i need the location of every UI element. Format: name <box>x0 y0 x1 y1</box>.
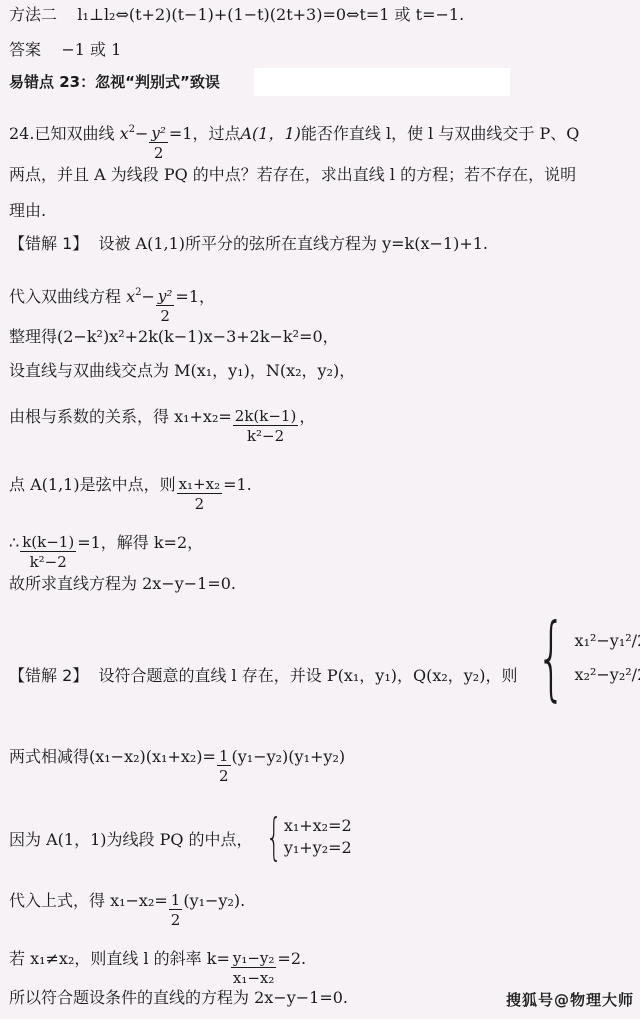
wrong1-line-8: 故所求直线方程为 2x−y−1=0. <box>9 574 236 594</box>
system-row: x₂²−y₂²/2=1 <box>575 664 640 686</box>
point-a: A(1，1) <box>240 124 300 143</box>
fraction-y2-over-2: y²2 <box>149 124 168 163</box>
wrong1-line-1: 【错解 1】 设被 A(1,1)所平分的弦所在直线方程为 y=k(x−1)+1. <box>9 234 488 254</box>
therefore-symbol: ∴ <box>9 533 19 552</box>
wrong1-line-2: 代入双曲线方程 x2−y²2=1， <box>9 278 215 317</box>
method2-line: 方法二 l₁⊥l₂⇔(t+2)(t−1)+(1−t)(2t+3)=0⇔t=1 或… <box>9 5 464 25</box>
fraction: 12 <box>217 747 231 786</box>
fraction: y₁−y₂x₁−x₂ <box>231 949 277 988</box>
answer-label: 答案 <box>9 40 41 59</box>
answer-line: 答案 −1 或 1 <box>9 40 121 60</box>
wrong2-line-4: 代入上式，得 x₁−x₂=12(y₁−y₂). <box>9 882 245 921</box>
system-row: x₁+x₂=2 <box>284 815 352 837</box>
wrong1-label: 【错解 1】 <box>9 234 88 253</box>
wrong1-text: =1. <box>223 475 252 494</box>
wrong1-text: =1，解得 k=2， <box>77 533 203 552</box>
redaction-block <box>254 68 510 96</box>
wrong2-text: (y₁−y₂)(y₁+y₂) <box>232 747 346 766</box>
wrong2-text: 代入上式，得 x₁−x₂= <box>9 891 168 910</box>
wrong2-text: 两式相减得(x₁−x₂)(x₁+x₂)= <box>9 747 216 766</box>
wrong1-line-7: ∴k(k−1)k²−2=1，解得 k=2， <box>9 524 203 563</box>
wrong2-line-2: 两式相减得(x₁−x₂)(x₁+x₂)=12(y₁−y₂)(y₁+y₂) <box>9 738 345 777</box>
problem-number: 24. <box>9 124 34 143</box>
problem-text: =1，过点 <box>169 124 241 143</box>
wrong2-label: 【错解 2】 <box>9 666 88 685</box>
wrong2-line-1: 【错解 2】 设符合题意的直线 l 存在，并设 P(x₁，y₁)，Q(x₂，y₂… <box>9 666 517 686</box>
wrong1-text: ， <box>299 407 315 426</box>
equation-system-2: { x₁+x₂=2 y₁+y₂=2 <box>258 812 352 862</box>
error-point-title: 易错点 23：忽视“判别式”致误 <box>9 72 220 92</box>
wrong1-line-6: 点 A(1,1)是弦中点，则x₁+x₂2=1. <box>9 466 252 505</box>
wrong2-line-6: 所以符合题设条件的直线的方程为 2x−y−1=0. <box>9 988 348 1008</box>
wrong2-line-5: 若 x₁≠x₂，则直线 l 的斜率 k=y₁−y₂x₁−x₂=2. <box>9 940 306 979</box>
wrong1-text: 设被 A(1,1)所平分的弦所在直线方程为 y=k(x−1)+1. <box>98 234 488 253</box>
wrong1-line-3: 整理得(2−k²)x²+2k(k−1)x−3+2k−k²=0， <box>9 327 339 347</box>
wrong1-text: 点 A(1,1)是弦中点，则 <box>9 475 176 494</box>
method2-content: l₁⊥l₂⇔(t+2)(t−1)+(1−t)(2t+3)=0⇔t=1 或 t=−… <box>77 5 464 24</box>
system-row: y₁+y₂=2 <box>284 837 352 859</box>
wrong1-line-5: 由根与系数的关系，得 x₁+x₂=2k(k−1)k²−2， <box>9 398 315 437</box>
watermark: 搜狐号@物理大师 <box>506 989 634 1010</box>
wrong2-text: 设符合题意的直线 l 存在，并设 P(x₁，y₁)，Q(x₂，y₂)，则 <box>98 666 517 685</box>
fraction-y2-over-2: y²2 <box>156 287 175 326</box>
system-row: x₁²−y₁²/2=1 <box>575 630 640 652</box>
wrong2-text: 若 x₁≠x₂，则直线 l 的斜率 k= <box>9 949 230 968</box>
left-brace-icon: { <box>537 612 566 704</box>
left-brace-icon: { <box>266 812 282 862</box>
equation-system-1: { x₁²−y₁²/2=1 x₂²−y₂²/2=1 <box>522 612 640 704</box>
answer-value: −1 或 1 <box>61 40 121 59</box>
wrong1-text: 由根与系数的关系，得 x₁+x₂= <box>9 407 232 426</box>
wrong1-line-4: 设直线与双曲线交点为 M(x₁，y₁)，N(x₂，y₂)， <box>9 361 355 381</box>
fraction: k(k−1)k²−2 <box>20 533 76 572</box>
problem-line-3: 理由. <box>9 201 46 221</box>
problem-text: 已知双曲线 <box>34 124 114 143</box>
wrong2-text: =2. <box>277 949 306 968</box>
wrong2-text: (y₁−y₂). <box>183 891 245 910</box>
document-page: 方法二 l₁⊥l₂⇔(t+2)(t−1)+(1−t)(2t+3)=0⇔t=1 或… <box>0 0 640 1019</box>
fraction: 12 <box>169 891 183 930</box>
problem-line-2: 两点，并且 A 为线段 PQ 的中点？若存在，求出直线 l 的方程；若不存在，说… <box>9 165 576 185</box>
fraction: 2k(k−1)k²−2 <box>233 407 299 446</box>
fraction: x₁+x₂2 <box>177 475 223 514</box>
method2-label: 方法二 <box>9 5 57 24</box>
wrong1-text: =1， <box>175 287 215 306</box>
problem-line-1: 24.已知双曲线 x2−y²2=1，过点A(1，1)能否作直线 l，使 l 与双… <box>9 115 579 154</box>
problem-text: 能否作直线 l，使 l 与双曲线交于 P、Q <box>301 124 579 143</box>
wrong1-text: 代入双曲线方程 <box>9 287 121 306</box>
wrong2-line-3: 因为 A(1，1)为线段 PQ 的中点， <box>9 830 253 850</box>
